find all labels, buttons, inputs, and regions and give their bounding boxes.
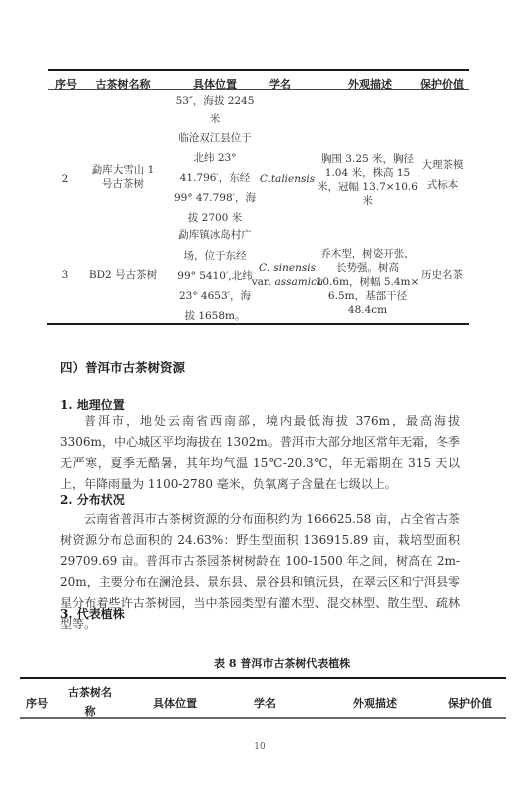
cell-desc-line: 6.5m，基部干径 (310, 289, 425, 303)
subsection-title-distribution: 2. 分布状况 (60, 491, 125, 508)
cell-desc-line: 48.4cm (310, 303, 425, 317)
table-top-rule (48, 69, 469, 71)
cell-location-line: 拔 1658m。 (160, 308, 270, 323)
paragraph-location-text: 普洱市，地处云南省西南部，境内最低海拔 376m，最高海拔 3306m，中心城区… (60, 411, 460, 495)
cell-desc-line: 长势强。树高 (310, 261, 425, 275)
cell-desc-line: 10.6m，树幅 5.4m× (310, 275, 425, 289)
table8-header-value: 保护价值 (435, 695, 505, 711)
cell-value: 历史名茶 (412, 268, 472, 282)
cell-sci-var-label: var. (252, 276, 271, 288)
cell-name: BD2 号古茶树 (78, 268, 168, 282)
paragraph-location: 普洱市，地处云南省西南部，境内最低海拔 376m，最高海拔 3306m，中心城区… (60, 411, 460, 495)
cell-location-line: 99° 47.798′，海 (160, 190, 270, 205)
page-number: 10 (252, 742, 268, 752)
cell-value-line: 式标本 (415, 178, 470, 192)
table-header-rule (48, 89, 469, 90)
table8-top-rule (20, 677, 506, 679)
cell-location-line: 勐库镇冰岛村广 (160, 227, 270, 242)
cell-no: 3 (55, 268, 75, 282)
cell-desc-line: 米 (310, 194, 425, 208)
table8-header-no: 序号 (22, 695, 52, 711)
cell-desc-line: 乔木型，树姿开张， (310, 247, 425, 261)
cell-name-line: 勐库大雪山 1 (83, 163, 163, 177)
cell-location-line: 23° 4653′，海 (160, 288, 270, 303)
cell-location-line: 拔 2700 米 (160, 210, 270, 225)
table8-header-location: 具体位置 (130, 695, 220, 711)
section-title: 四）普洱市古茶树资源 (60, 358, 185, 376)
table8-header-sci-name: 学名 (240, 695, 290, 711)
cell-location-line: 北纬 23° (160, 150, 270, 165)
cell-value-line: 大理茶模 (415, 158, 470, 172)
continued-location-line: 53″，海拔 2245 (160, 93, 270, 108)
table8-header-name-line1: 古茶树名 (60, 684, 120, 700)
cell-location-line: 临沧双江县位于 (160, 130, 270, 145)
table8-caption: 表 8 普洱市古茶树代表植株 (214, 655, 350, 671)
table8-header-rule (20, 717, 506, 719)
cell-desc-line: 1.04 米，株高 15 (310, 166, 425, 180)
table-bottom-rule (47, 323, 469, 325)
cell-name-line: 号古茶树 (83, 177, 163, 191)
subsection-title-representative: 3. 代表植株 (60, 605, 125, 622)
cell-no: 2 (55, 172, 75, 186)
cell-desc-line: 米，冠幅 13.7×10.6 (310, 180, 425, 194)
continued-location-line: 米 (160, 111, 270, 126)
cell-desc-line: 胸围 3.25 米，胸径 (310, 152, 425, 166)
table8-header-desc: 外观描述 (340, 695, 410, 711)
